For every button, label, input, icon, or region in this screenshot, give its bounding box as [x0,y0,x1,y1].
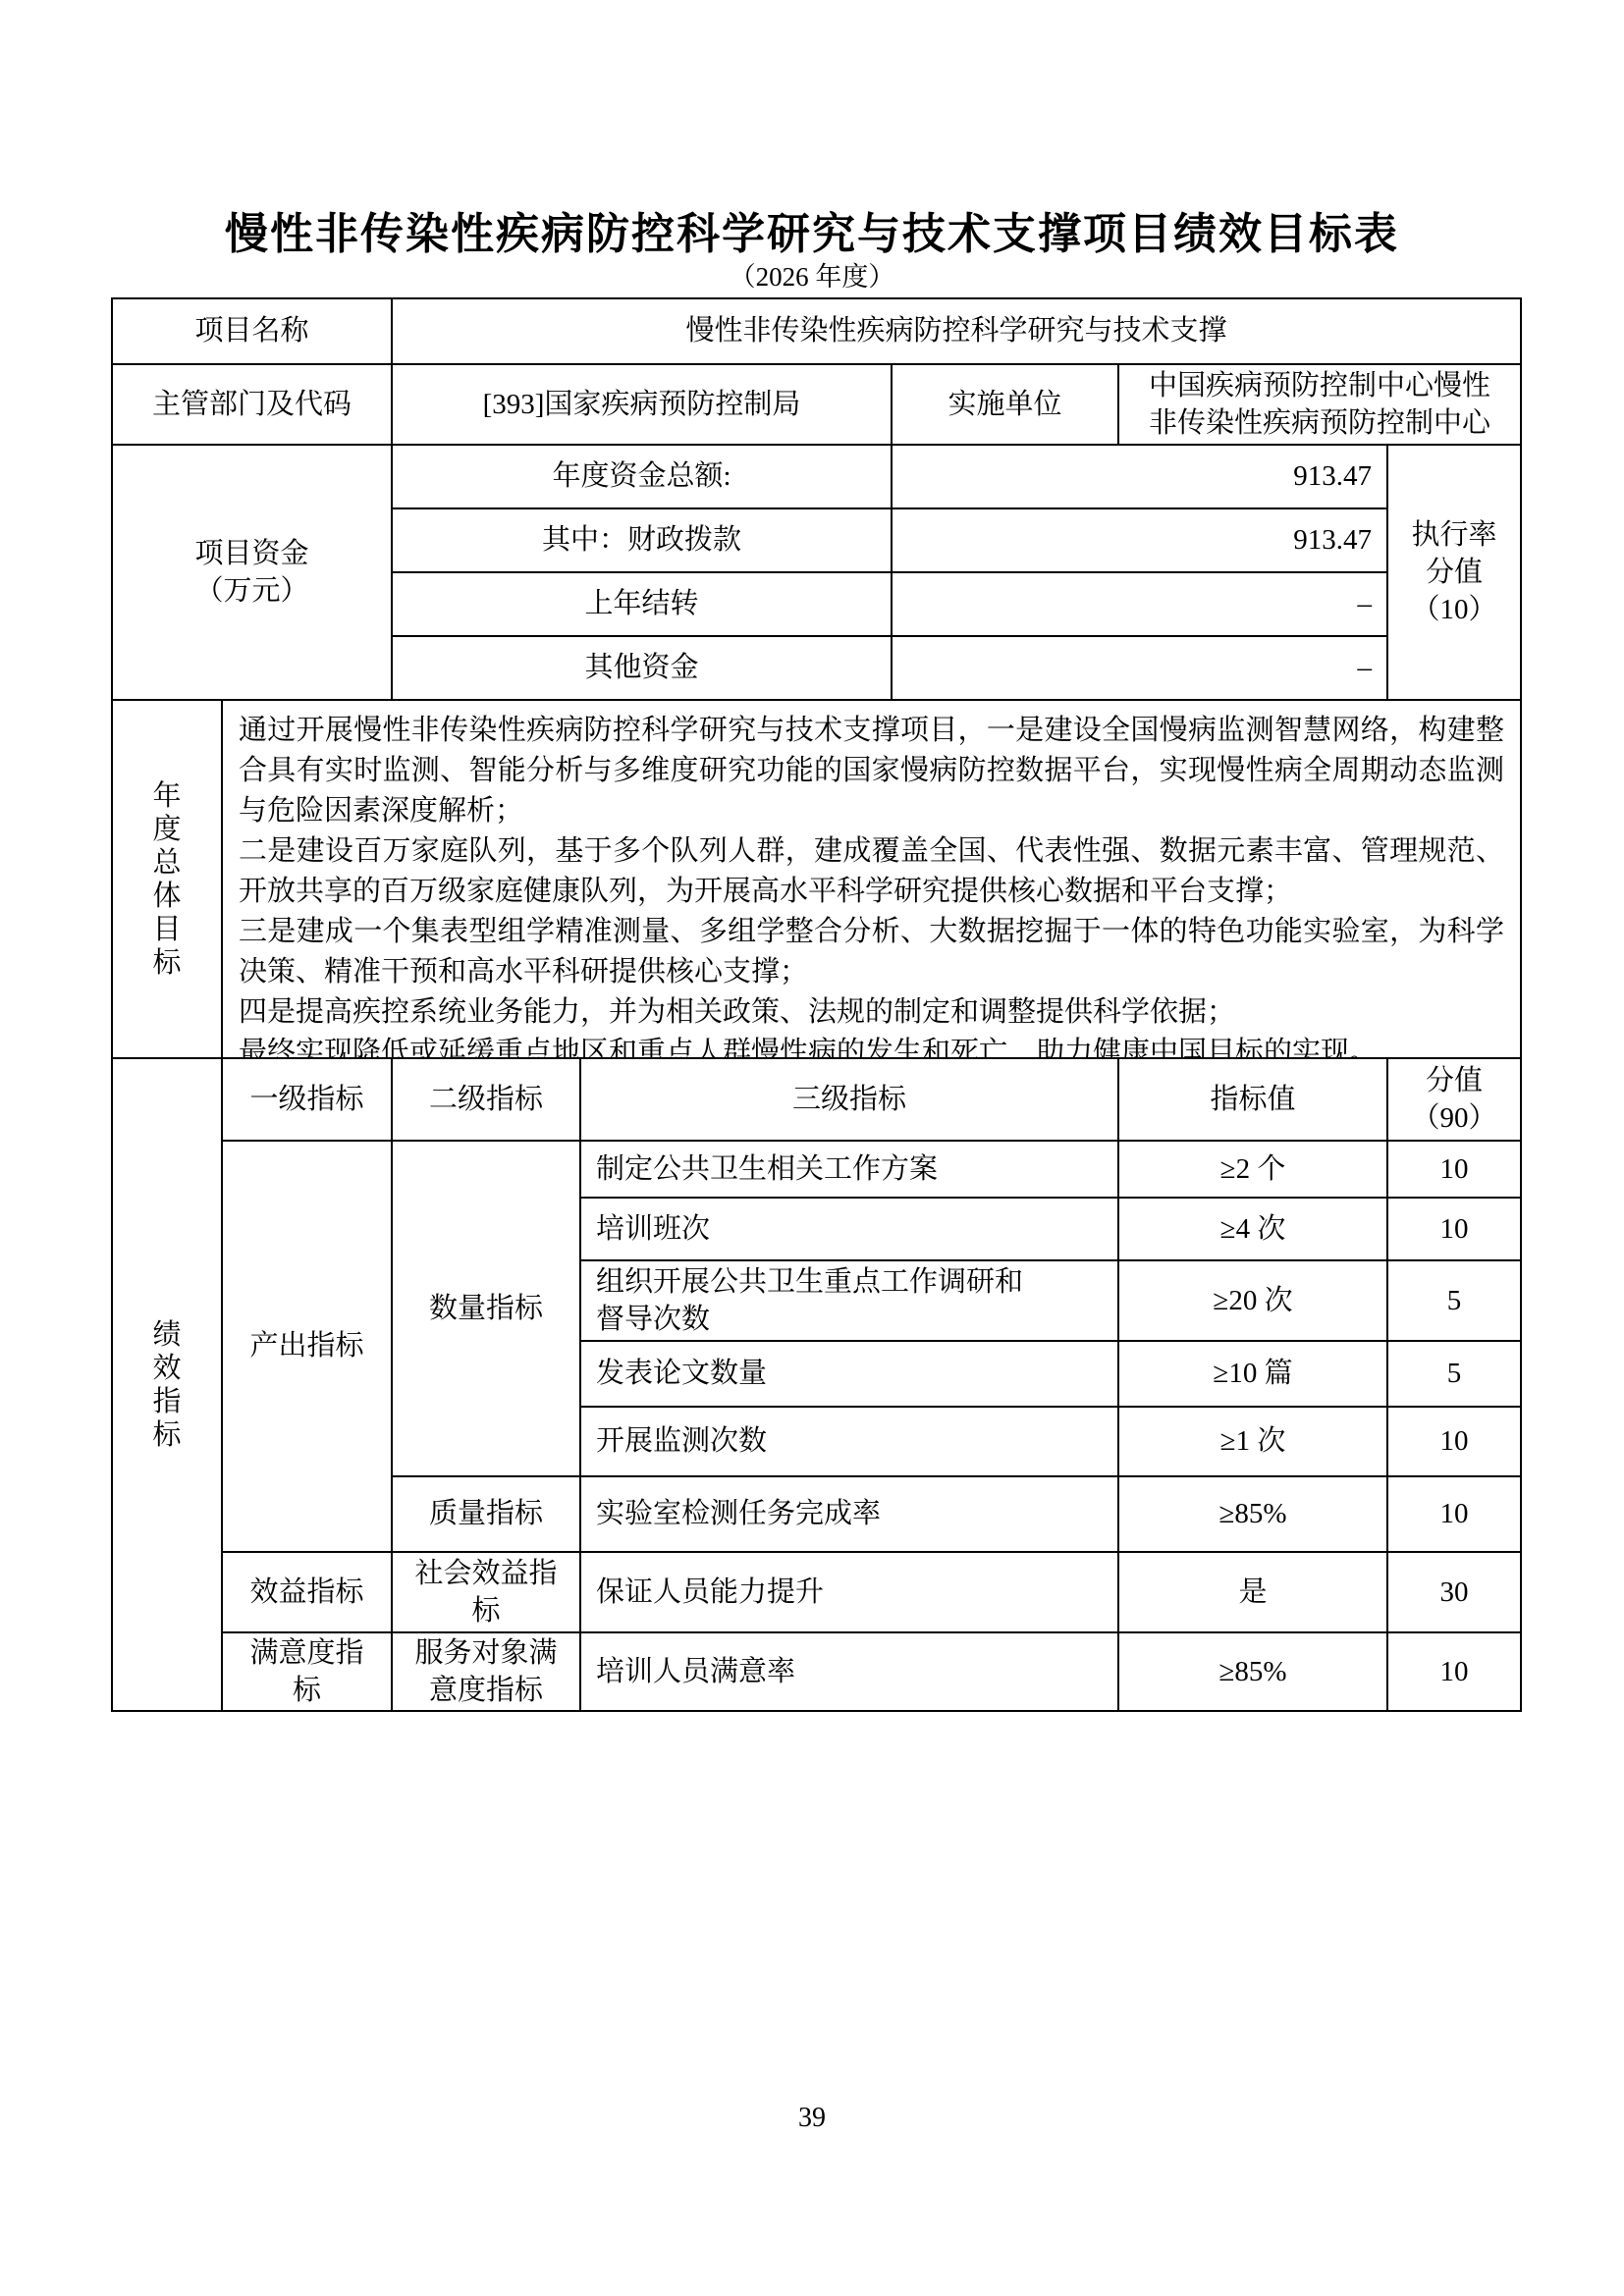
funding-row-label: 其中：财政拨款 [393,509,893,573]
level1-benefit: 效益指标 [223,1553,393,1633]
funding-row-label: 上年结转 [393,573,893,637]
indicator-value: ≥10 篇 [1119,1342,1388,1408]
level2-social: 社会效益指 标 [393,1553,581,1633]
header-level2: 二级指标 [393,1059,581,1142]
funding-row-value: – [893,573,1388,637]
document-page: 慢性非传染性疾病防控科学研究与技术支撑项目绩效目标表 （2026 年度） 项目名… [0,0,1624,2296]
header-level3: 三级指标 [581,1059,1119,1142]
project-name-label: 项目名称 [113,299,393,365]
level2-quality: 质量指标 [393,1477,581,1553]
level1-satisfaction: 满意度指 标 [223,1633,393,1712]
implement-unit-value: 中国疾病预防控制中心慢性 非传染性疾病预防控制中心 [1119,365,1522,446]
indicator-score: 10 [1388,1477,1522,1553]
indicator-value: 是 [1119,1553,1388,1633]
indicators-section-label: 绩 效 指 标 [113,1059,223,1712]
level2-quantity: 数量指标 [393,1142,581,1477]
implement-unit-label: 实施单位 [893,365,1119,446]
header-score: 分值 （90） [1388,1059,1522,1142]
funding-label: 项目资金 （万元） [113,446,393,701]
indicator-score: 10 [1388,1142,1522,1199]
header-value: 指标值 [1119,1059,1388,1142]
indicator-score: 5 [1388,1342,1522,1408]
indicator-score: 30 [1388,1553,1522,1633]
indicator-value: ≥1 次 [1119,1408,1388,1477]
indicator-value: ≥2 个 [1119,1142,1388,1199]
funding-row-value: 913.47 [893,446,1388,509]
indicator-score: 10 [1388,1408,1522,1477]
indicator-name: 发表论文数量 [581,1342,1119,1408]
funding-row-label: 年度资金总额: [393,446,893,509]
indicator-score: 10 [1388,1633,1522,1712]
indicator-name: 保证人员能力提升 [581,1553,1119,1633]
annual-goal-text: 通过开展慢性非传染性疾病防控科学研究与技术支撑项目，一是建设全国慢病监测智慧网络… [223,701,1522,1059]
indicator-value: ≥85% [1119,1477,1388,1553]
funding-row-value: – [893,637,1388,701]
funding-row-label: 其他资金 [393,637,893,701]
document-title: 慢性非传染性疾病防控科学研究与技术支撑项目绩效目标表 [0,198,1624,261]
indicator-score: 5 [1388,1261,1522,1342]
level1-output: 产出指标 [223,1142,393,1553]
indicator-value: ≥85% [1119,1633,1388,1712]
performance-target-table: 项目名称 慢性非传染性疾病防控科学研究与技术支撑 主管部门及代码 [393]国家… [111,297,1522,1712]
indicator-name: 制定公共卫生相关工作方案 [581,1142,1119,1199]
indicator-name: 开展监测次数 [581,1408,1119,1477]
funding-row-value: 913.47 [893,509,1388,573]
document-subtitle: （2026 年度） [0,255,1624,294]
indicator-score: 10 [1388,1199,1522,1261]
page-number: 39 [0,2103,1624,2134]
indicator-name: 培训班次 [581,1199,1119,1261]
level2-service: 服务对象满 意度指标 [393,1633,581,1712]
department-value: [393]国家疾病预防控制局 [393,365,893,446]
project-name-value: 慢性非传染性疾病防控科学研究与技术支撑 [393,299,1522,365]
indicator-name: 实验室检测任务完成率 [581,1477,1119,1553]
indicator-name: 组织开展公共卫生重点工作调研和 督导次数 [581,1261,1119,1342]
execution-rate-score-label: 执行率 分值 （10） [1388,446,1522,701]
indicator-name: 培训人员满意率 [581,1633,1119,1712]
indicator-value: ≥20 次 [1119,1261,1388,1342]
header-level1: 一级指标 [223,1059,393,1142]
indicator-value: ≥4 次 [1119,1199,1388,1261]
annual-goal-label: 年 度 总 体 目 标 [113,701,223,1059]
department-label: 主管部门及代码 [113,365,393,446]
